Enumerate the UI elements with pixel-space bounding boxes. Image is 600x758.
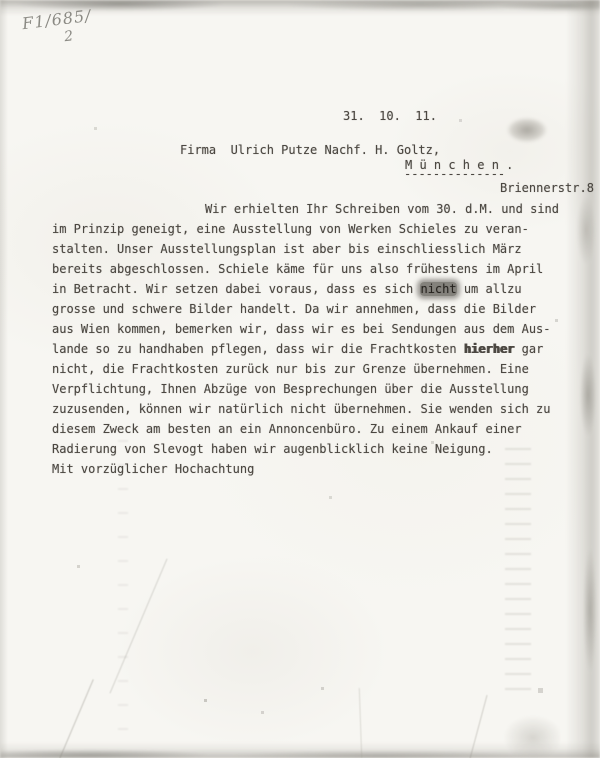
body-text: um allzu — [457, 282, 522, 296]
body-line: nicht, die Frachtkosten zurück nur bis z… — [52, 359, 564, 379]
paper-right-edge-crease — [566, 0, 600, 758]
body-line: Verpflichtung, Ihnen Abzüge von Besprech… — [52, 379, 564, 399]
archive-number-code: F1/685/ — [21, 6, 92, 33]
recipient-firm: Firma Ulrich Putze Nachf. H. Goltz, — [180, 140, 440, 160]
closing-salutation: Mit vorzüglicher Hochachtung — [52, 459, 564, 479]
ink-smudge-stain — [498, 108, 556, 152]
dust-specks — [0, 0, 1, 1]
body-text: lande so zu handhaben pflegen, dass wir … — [52, 342, 464, 356]
body-text: in Betracht. Wir setzen dabei voraus, da… — [52, 282, 420, 296]
letter-body: Wir erhielten Ihr Schreiben vom 30. d.M.… — [52, 199, 564, 479]
body-line: aus Wien kommen, bemerken wir, dass wir … — [52, 319, 564, 339]
paper-bottom-edge-shadow — [0, 742, 600, 758]
body-line: stalten. Unser Ausstellungsplan ist aber… — [52, 239, 564, 259]
city-underline-dashes: -------------- — [404, 164, 505, 184]
body-line: diesem Zweck am besten an ein Annoncenbü… — [52, 419, 564, 439]
crease-line — [59, 679, 94, 758]
corner-fold-shadow — [470, 690, 560, 758]
crease-line — [469, 695, 487, 758]
body-line: in Betracht. Wir setzen dabei voraus, da… — [52, 279, 564, 299]
crease-line — [359, 688, 362, 758]
archive-number-annotation: F1/685/ 2 — [21, 6, 92, 33]
smudged-word: nicht — [420, 282, 456, 296]
body-line: Wir erhielten Ihr Schreiben vom 30. d.M.… — [52, 199, 564, 219]
archive-number-denominator: 2 — [63, 28, 75, 45]
body-line: Radierung von Slevogt haben wir augenbli… — [52, 439, 564, 459]
bleed-through-ghost-text — [505, 448, 531, 700]
crease-line — [110, 559, 168, 694]
scanned-letter-page: F1/685/ 2 31. 10. 11. Firma Ulrich Putze… — [0, 0, 600, 758]
paper-left-edge-shadow — [0, 0, 8, 758]
body-line: zuzusenden, können wir natürlich nicht ü… — [52, 399, 564, 419]
body-line: lande so zu handhaben pflegen, dass wir … — [52, 339, 564, 359]
body-line: bereits abgeschlossen. Schiele käme für … — [52, 259, 564, 279]
body-text: gar — [514, 342, 543, 356]
letter-date: 31. 10. 11. — [343, 106, 437, 126]
body-line: grosse und schwere Bilder handelt. Da wi… — [52, 299, 564, 319]
recipient-street: Briennerstr.8 — [500, 178, 594, 198]
body-line: im Prinzip geneigt, eine Ausstellung von… — [52, 219, 564, 239]
bleed-through-ghost-text-left — [118, 440, 128, 740]
overtyped-word: hierher — [464, 342, 515, 356]
